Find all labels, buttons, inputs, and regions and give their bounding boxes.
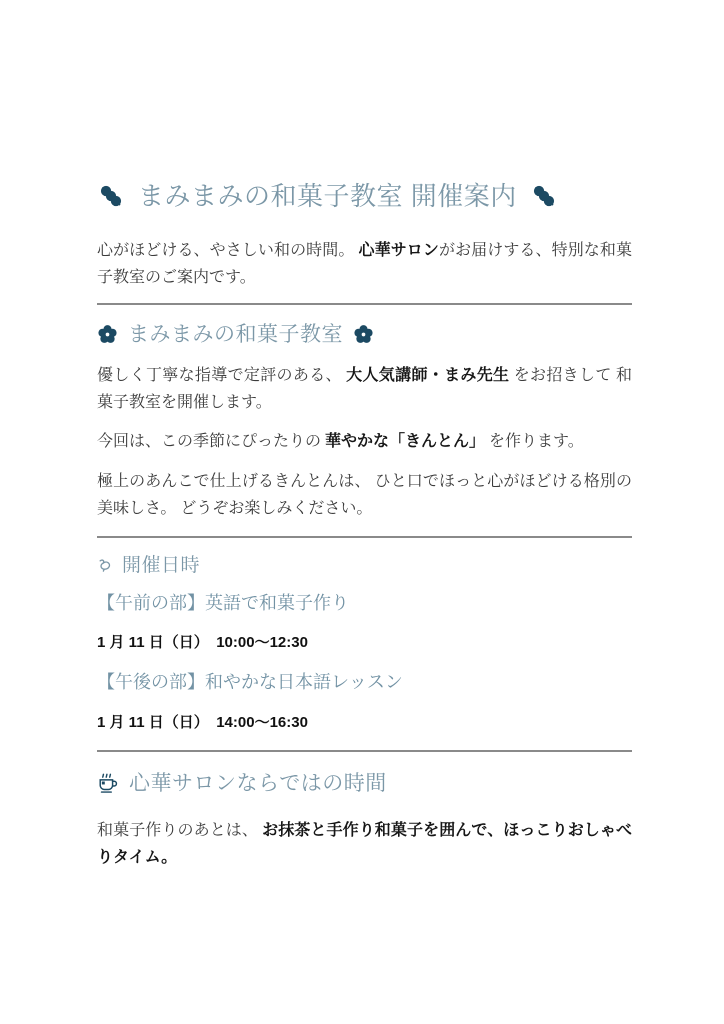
salon-text: 和菓子作りのあとは、 xyxy=(97,822,262,839)
section-divider xyxy=(97,536,632,538)
blossom-icon xyxy=(353,324,374,345)
dove-icon xyxy=(97,558,114,575)
morning-session-label: 【午前の部】英語で和菓子作り xyxy=(97,593,632,615)
page-title-text: まみまみの和菓子教室 開催案内 xyxy=(138,182,517,211)
afternoon-session-datetime: 1 月 11 日（日） 14:00～16:30 xyxy=(97,714,632,732)
about-paragraph-2: 今回は、この季節にぴったりの 華やかな「きんとん」 を作ります。 xyxy=(97,428,632,455)
morning-session-datetime: 1 月 11 日（日） 10:00～12:30 xyxy=(97,634,632,652)
document-page: まみまみの和菓子教室 開催案内 心がほどける、やさしい和の時間。 心華サロンがお… xyxy=(0,0,724,1024)
about-paragraph-1: 優しく丁寧な指導で定評のある、 大人気講師・まみ先生 をお招きして 和菓子教室を… xyxy=(97,362,632,416)
about-text: 極上のあんこで仕上げるきんとんは、 ひと口でほっと心がほどける格別の美味しさ。 … xyxy=(97,473,632,517)
about-text: 優しく丁寧な指導で定評のある、 xyxy=(97,367,346,384)
document-content: まみまみの和菓子教室 開催案内 心がほどける、やさしい和の時間。 心華サロンがお… xyxy=(97,0,632,872)
section-divider xyxy=(97,750,632,752)
intro-text: 心がほどける、やさしい和の時間。 xyxy=(97,242,359,259)
salon-section-heading: 心華サロンならではの時間 xyxy=(97,772,632,795)
schedule-section: 開催日時 【午前の部】英語で和菓子作り 1 月 11 日（日） 10:00～12… xyxy=(97,556,632,732)
dango-icon xyxy=(97,182,125,210)
section-divider xyxy=(97,303,632,305)
salon-paragraph: 和菓子作りのあとは、 お抹茶と手作り和菓子を囲んで、ほっこりおしゃべりタイム。 xyxy=(97,817,632,871)
salon-heading-text: 心華サロンならではの時間 xyxy=(129,772,387,795)
intro-emphasis: 心華サロン xyxy=(359,242,439,259)
schedule-heading-text: 開催日時 xyxy=(122,556,200,577)
about-section-heading: まみまみの和菓子教室 xyxy=(97,323,632,346)
about-heading-text: まみまみの和菓子教室 xyxy=(128,323,343,346)
teacup-icon xyxy=(97,773,119,795)
blossom-icon xyxy=(97,324,118,345)
dango-icon xyxy=(530,182,558,210)
page-title: まみまみの和菓子教室 開催案内 xyxy=(97,182,632,211)
about-text: 今回は、この季節にぴったりの xyxy=(97,433,325,450)
teacher-emphasis: 大人気講師・まみ先生 xyxy=(346,367,509,384)
about-text: を作ります。 xyxy=(485,433,584,450)
schedule-section-heading: 開催日時 xyxy=(97,556,632,577)
intro-paragraph: 心がほどける、やさしい和の時間。 心華サロンがお届けする、特別な和菓子教室のご案… xyxy=(97,237,632,291)
about-paragraph-3: 極上のあんこで仕上げるきんとんは、 ひと口でほっと心がほどける格別の美味しさ。 … xyxy=(97,468,632,522)
kinton-emphasis: 華やかな「きんとん」 xyxy=(325,433,485,450)
afternoon-session-label: 【午後の部】和やかな日本語レッスン xyxy=(97,672,632,694)
